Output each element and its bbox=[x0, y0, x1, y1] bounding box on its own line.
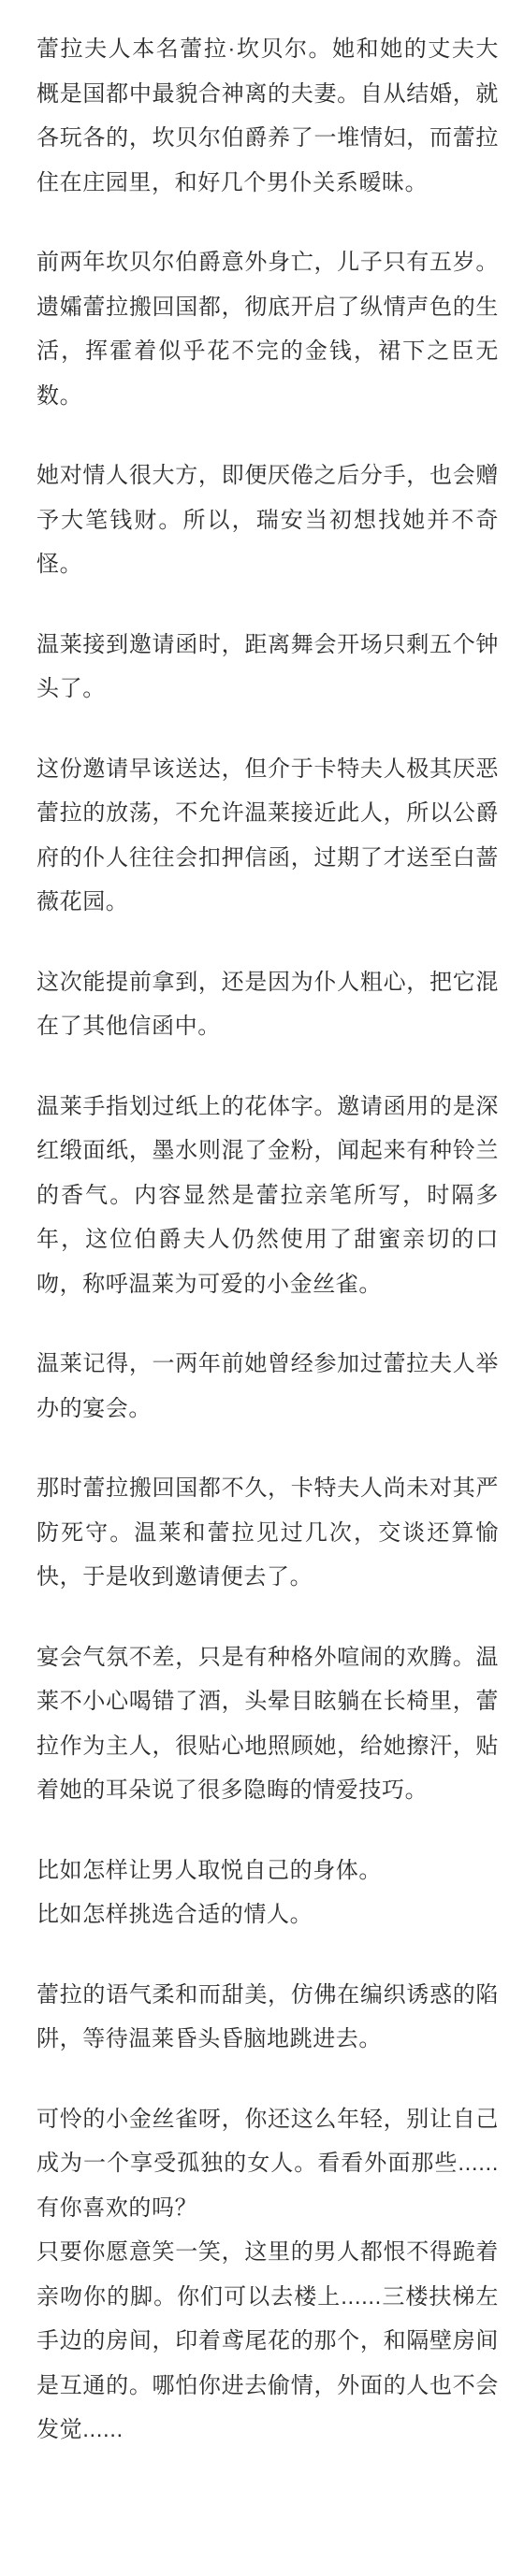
paragraph: 她对情人很大方，即便厌倦之后分手，也会赠予大笔钱财。所以，瑞安当初想找她并不奇怪… bbox=[36, 453, 499, 587]
text-line: 比如怎样挑选合适的情人。 bbox=[36, 1902, 313, 1927]
text-line: 温莱接到邀请函时，距离舞会开场只剩五个钟头了。 bbox=[36, 632, 499, 702]
text-line: 前两年坎贝尔伯爵意外身亡，儿子只有五岁。遗孀蕾拉搬回国都，彻底开启了纵情声色的生… bbox=[36, 250, 499, 409]
paragraph: 比如怎样让男人取悦自己的身体。比如怎样挑选合适的情人。 bbox=[36, 1849, 499, 1937]
text-line: 蕾拉的语气柔和而甜美，仿佛在编织诱惑的陷阱，等待温莱昏头昏脑地跳进去。 bbox=[36, 1982, 499, 2052]
paragraph: 温莱记得，一两年前她曾经参加过蕾拉夫人举办的宴会。 bbox=[36, 1342, 499, 1431]
paragraph: 蕾拉的语气柔和而甜美，仿佛在编织诱惑的陷阱，等待温莱昏头昏脑地跳进去。 bbox=[36, 1973, 499, 2062]
text-line: 那时蕾拉搬回国都不久，卡特夫人尚未对其严防死守。温莱和蕾拉见过几次，交谈还算愉快… bbox=[36, 1475, 499, 1590]
text-line: 她对情人很大方，即便厌倦之后分手，也会赠予大笔钱财。所以，瑞安当初想找她并不奇怪… bbox=[36, 463, 499, 577]
paragraph: 这份邀请早该送达，但介于卡特夫人极其厌恶蕾拉的放荡，不允许温莱接近此人，所以公爵… bbox=[36, 747, 499, 925]
paragraph: 这次能提前拿到，还是因为仆人粗心，把它混在了其他信函中。 bbox=[36, 960, 499, 1049]
text-line: 温莱手指划过纸上的花体字。邀请函用的是深红缎面纸，墨水则混了金粉，闻起来有种铃兰… bbox=[36, 1094, 499, 1297]
paragraph: 温莱手指划过纸上的花体字。邀请函用的是深红缎面纸，墨水则混了金粉，闻起来有种铃兰… bbox=[36, 1085, 499, 1307]
paragraph: 蕾拉夫人本名蕾拉·坎贝尔。她和她的丈夫大概是国都中最貌合神离的夫妻。自从结婚，就… bbox=[36, 27, 499, 205]
text-line: 可怜的小金丝雀呀，你还这么年轻，别让自己成为一个享受孤独的女人。看看外面那些..… bbox=[36, 2107, 499, 2221]
text-line: 比如怎样让男人取悦自己的身体。 bbox=[36, 1858, 382, 1883]
text-line: 这份邀请早该送达，但介于卡特夫人极其厌恶蕾拉的放荡，不允许温莱接近此人，所以公爵… bbox=[36, 756, 499, 915]
novel-text-content: 蕾拉夫人本名蕾拉·坎贝尔。她和她的丈夫大概是国都中最貌合神离的夫妻。自从结婚，就… bbox=[0, 0, 524, 2490]
text-line: 宴会气氛不差，只是有种格外喧闹的欢腾。温莱不小心喝错了酒，头晕目眩躺在长椅里，蕾… bbox=[36, 1645, 499, 1804]
paragraph: 可怜的小金丝雀呀，你还这么年轻，别让自己成为一个享受孤独的女人。看看外面那些..… bbox=[36, 2097, 499, 2453]
text-line: 温莱记得，一两年前她曾经参加过蕾拉夫人举办的宴会。 bbox=[36, 1351, 499, 1421]
paragraph: 那时蕾拉搬回国都不久，卡特夫人尚未对其严防死守。温莱和蕾拉见过几次，交谈还算愉快… bbox=[36, 1466, 499, 1600]
text-line: 蕾拉夫人本名蕾拉·坎贝尔。她和她的丈夫大概是国都中最貌合神离的夫妻。自从结婚，就… bbox=[36, 36, 499, 195]
text-line: 这次能提前拿到，还是因为仆人粗心，把它混在了其他信函中。 bbox=[36, 970, 499, 1040]
text-line: 只要你愿意笑一笑，这里的男人都恨不得跪着亲吻你的脚。你们可以去楼上......三… bbox=[36, 2239, 499, 2442]
paragraph: 宴会气氛不差，只是有种格外喧闹的欢腾。温莱不小心喝错了酒，头晕目眩躺在长椅里，蕾… bbox=[36, 1635, 499, 1813]
paragraph: 前两年坎贝尔伯爵意外身亡，儿子只有五岁。遗孀蕾拉搬回国都，彻底开启了纵情声色的生… bbox=[36, 240, 499, 418]
paragraph: 温莱接到邀请函时，距离舞会开场只剩五个钟头了。 bbox=[36, 623, 499, 712]
